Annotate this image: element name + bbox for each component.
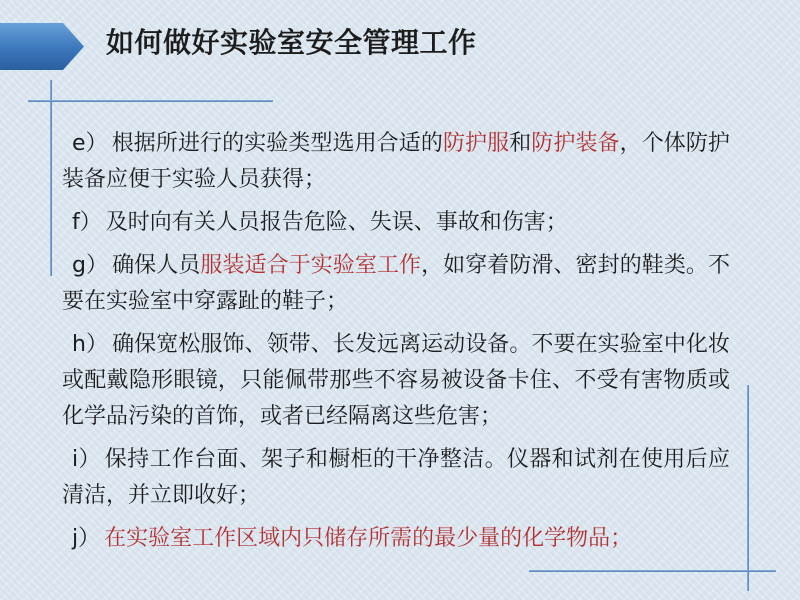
item-text-segment: 服装适合于实验室工作 — [200, 253, 421, 278]
title-arrow-shape — [0, 23, 84, 70]
list-item-f: f）及时向有关人员报告危险、失误、事故和伤害； — [62, 205, 730, 241]
list-item-i: i）保持工作台面、架子和橱柜的干净整洁。仪器和试剂在使用后应清洁，并立即收好； — [62, 442, 730, 514]
item-label: g） — [72, 253, 108, 278]
item-label: h） — [72, 332, 108, 357]
item-label: e） — [72, 131, 108, 156]
top-left-crosshair-horizontal-line — [28, 100, 273, 102]
item-text-segment: 根据所进行的实验类型选用合适的 — [112, 131, 443, 156]
item-text-segment: 保持工作台面、架子和橱柜的干净整洁。仪器和试剂在使用后应清洁，并立即收好； — [62, 447, 730, 508]
list-item-j: j）在实验室工作区域内只储存所需的最少量的化学物品； — [62, 521, 730, 557]
slide-title: 如何做好实验室安全管理工作 — [106, 26, 477, 60]
item-text-segment: 和 — [509, 131, 531, 156]
presentation-slide: 如何做好实验室安全管理工作 e）根据所进行的实验类型选用合适的防护服和防护装备，… — [0, 0, 800, 600]
top-left-crosshair-vertical-line — [50, 80, 52, 276]
item-text-segment: 防护服 — [443, 131, 509, 156]
item-label: i） — [72, 447, 101, 472]
list-item-g: g）确保人员服装适合于实验室工作，如穿着防滑、密封的鞋类。不要在实验室中穿露趾的… — [62, 248, 730, 320]
item-label: f） — [72, 210, 102, 235]
item-text-segment: 确保宽松服饰、领带、长发远离运动设备。不要在实验室中化妆或配戴隐形眼镜，只能佩带… — [62, 332, 730, 429]
slide-body: e）根据所进行的实验类型选用合适的防护服和防护装备，个体防护装备应便于实验人员获… — [62, 126, 730, 564]
list-item-h: h）确保宽松服饰、领带、长发远离运动设备。不要在实验室中化妆或配戴隐形眼镜，只能… — [62, 327, 730, 435]
item-text-segment: 防护装备 — [531, 131, 619, 156]
bottom-right-crosshair-vertical-line — [747, 385, 749, 591]
item-text-segment: 在实验室工作区域内只储存所需的最少量的化学物品； — [104, 526, 632, 551]
item-label: j） — [72, 526, 100, 551]
item-text-segment: 确保人员 — [112, 253, 200, 278]
item-text-segment: 及时向有关人员报告危险、失误、事故和伤害； — [106, 210, 568, 235]
bottom-right-crosshair-horizontal-line — [529, 570, 776, 572]
list-item-e: e）根据所进行的实验类型选用合适的防护服和防护装备，个体防护装备应便于实验人员获… — [62, 126, 730, 198]
